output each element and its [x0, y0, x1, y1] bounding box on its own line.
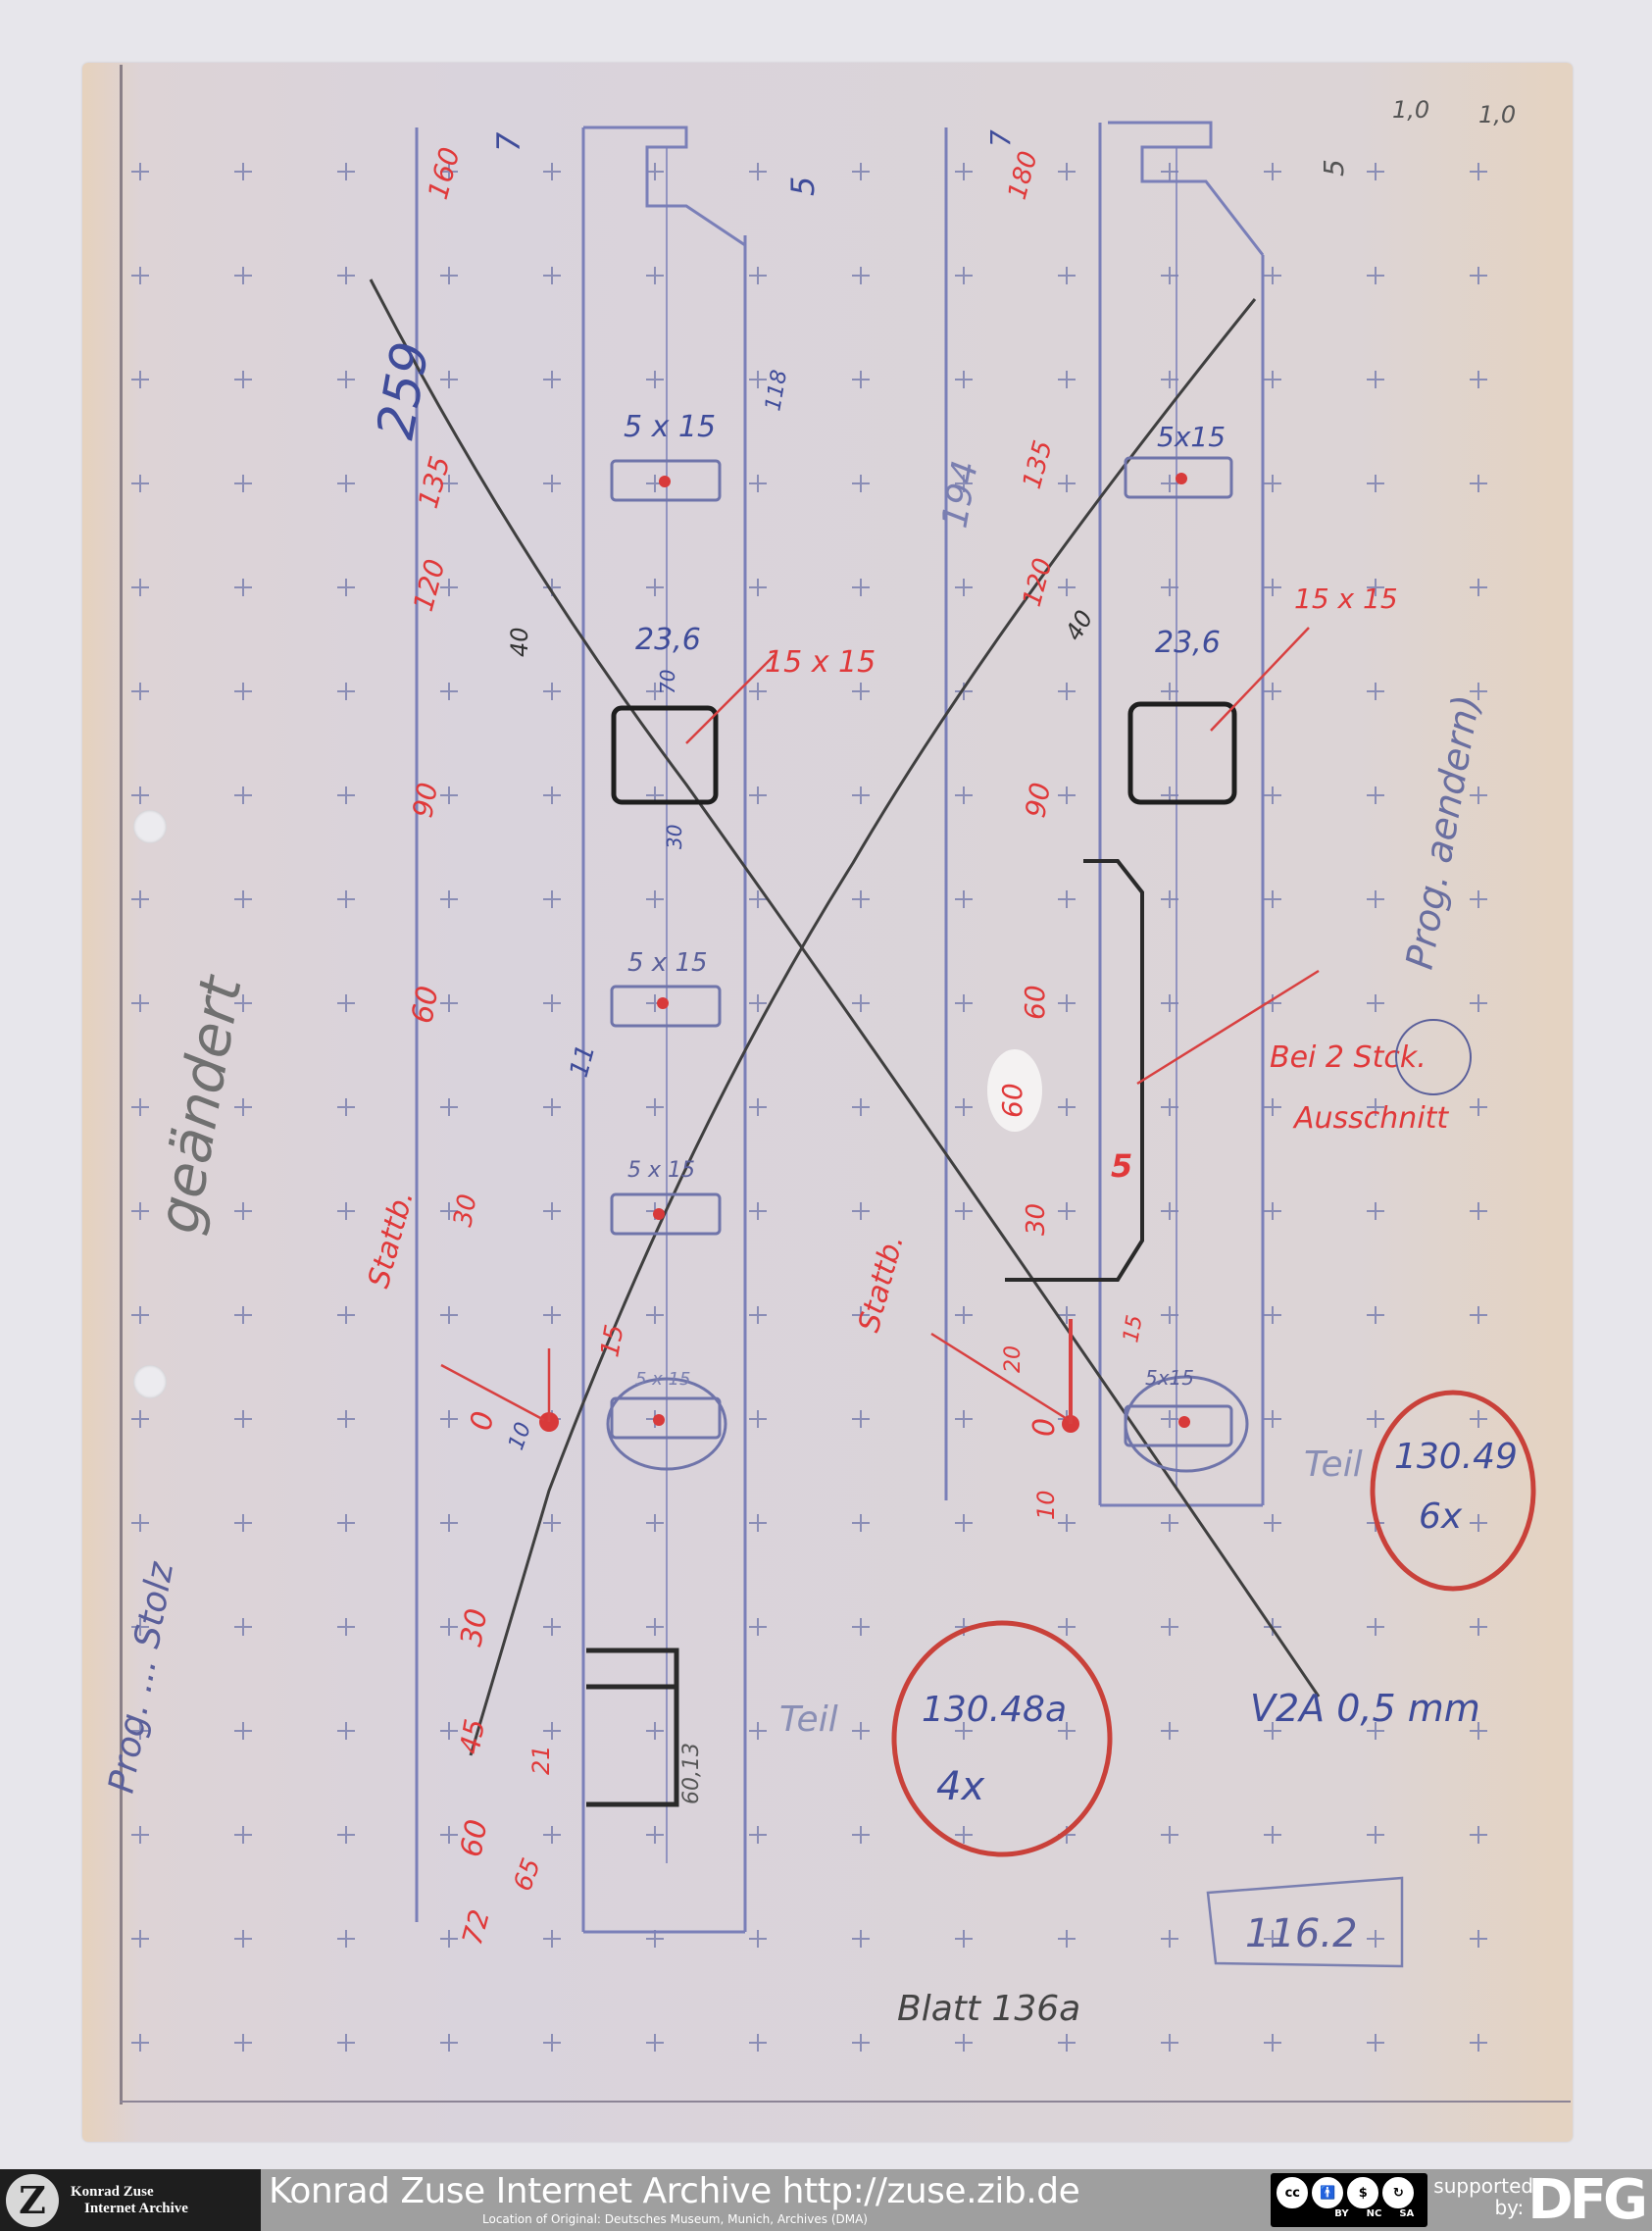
svg-text:15 x 15: 15 x 15 — [1294, 583, 1398, 615]
footer-title-area: Konrad Zuse Internet Archive http://zuse… — [261, 2169, 1265, 2231]
svg-text:5 x 15: 5 x 15 — [627, 948, 708, 978]
svg-text:Teil: Teil — [1304, 1445, 1363, 1485]
svg-text:60: 60 — [996, 1083, 1028, 1118]
svg-text:Stattb.: Stattb. — [852, 1231, 911, 1336]
svg-text:5 x 15: 5 x 15 — [635, 1369, 690, 1390]
svg-text:45: 45 — [453, 1716, 491, 1756]
svg-text:23,6: 23,6 — [635, 623, 701, 657]
part-b-circle — [1373, 1393, 1533, 1589]
svg-text:geändert: geändert — [144, 970, 255, 1239]
archive-footer: Z Konrad Zuse Internet Archive Konrad Zu… — [0, 2169, 1652, 2231]
svg-text:23,6: 23,6 — [1155, 626, 1221, 660]
svg-text:5x15: 5x15 — [1145, 1366, 1194, 1390]
svg-text:Ausschnitt: Ausschnitt — [1292, 1101, 1449, 1136]
svg-text:15: 15 — [595, 1322, 629, 1359]
svg-text:20: 20 — [1001, 1345, 1026, 1373]
svg-text:Bei 2 Stck.: Bei 2 Stck. — [1270, 1040, 1427, 1075]
svg-text:259: 259 — [367, 337, 441, 443]
z-logo-icon: Z — [6, 2174, 59, 2227]
svg-text:40: 40 — [506, 627, 533, 657]
svg-text:194: 194 — [934, 458, 985, 532]
part-a-circle — [894, 1623, 1110, 1854]
svg-text:30: 30 — [1022, 1203, 1051, 1236]
svg-text:120: 120 — [407, 556, 452, 615]
cc-icon: cc — [1277, 2177, 1308, 2208]
dfg-logo[interactable]: DFG — [1527, 2169, 1652, 2231]
svg-text:1,0: 1,0 — [1478, 101, 1516, 128]
svg-text:10: 10 — [1032, 1490, 1060, 1520]
svg-text:10: 10 — [504, 1419, 536, 1453]
svg-text:40: 40 — [1060, 606, 1099, 645]
svg-text:30: 30 — [448, 1192, 482, 1229]
svg-text:60,13: 60,13 — [679, 1743, 704, 1804]
svg-text:15 x 15: 15 x 15 — [765, 645, 876, 680]
svg-text:5 x 15: 5 x 15 — [624, 410, 716, 444]
svg-text:130.48a: 130.48a — [922, 1690, 1067, 1730]
svg-text:0: 0 — [464, 1409, 501, 1434]
svg-text:90: 90 — [406, 780, 444, 820]
svg-text:7: 7 — [490, 131, 527, 152]
cc-license-badge[interactable]: cc 🚹 $ ↻ BY NC SA — [1271, 2173, 1427, 2227]
svg-text:5x15: 5x15 — [1157, 421, 1226, 453]
supported-by-text: supported by: — [1433, 2169, 1527, 2231]
svg-text:21: 21 — [527, 1745, 555, 1775]
svg-text:135: 135 — [412, 453, 457, 512]
svg-text:15: 15 — [1119, 1313, 1147, 1344]
svg-text:5 x 15: 5 x 15 — [627, 1158, 695, 1183]
part-outlines — [417, 123, 1263, 1932]
nc-dollar-icon: $ — [1347, 2177, 1378, 2208]
svg-text:60: 60 — [454, 1817, 494, 1860]
zuse-archive-logo[interactable]: Z Konrad Zuse Internet Archive — [0, 2169, 261, 2231]
technical-drawing: 1,0 1,0 160 259 135 120 90 60 30 0 30 45… — [0, 0, 1652, 2169]
svg-text:160: 160 — [422, 144, 467, 203]
svg-text:Teil: Teil — [779, 1699, 838, 1740]
svg-text:5: 5 — [784, 177, 822, 196]
annotations: 1,0 1,0 160 259 135 120 90 60 30 0 30 45… — [101, 96, 1517, 2029]
sa-share-alike-icon: ↻ — [1382, 2177, 1414, 2208]
svg-text:120: 120 — [1018, 555, 1059, 610]
svg-text:30: 30 — [663, 825, 686, 849]
svg-text:30: 30 — [454, 1606, 494, 1649]
svg-text:60: 60 — [1019, 985, 1051, 1020]
square-holes — [614, 704, 1234, 802]
svg-text:5: 5 — [1318, 159, 1350, 177]
svg-text:72: 72 — [456, 1906, 496, 1949]
svg-text:0: 0 — [1027, 1418, 1062, 1437]
svg-text:Prog. aendern): Prog. aendern) — [1398, 691, 1488, 972]
svg-text:7: 7 — [984, 129, 1017, 147]
svg-text:90: 90 — [1019, 780, 1057, 820]
svg-text:4x: 4x — [936, 1764, 984, 1809]
svg-text:180: 180 — [1003, 148, 1044, 203]
svg-text:Prog. ... Stolz: Prog. ... Stolz — [101, 1558, 181, 1797]
svg-text:130.49: 130.49 — [1394, 1437, 1518, 1477]
svg-text:Blatt 136a: Blatt 136a — [897, 1989, 1080, 2029]
svg-text:135: 135 — [1018, 437, 1059, 492]
svg-text:60: 60 — [405, 984, 445, 1027]
svg-text:6x: 6x — [1419, 1496, 1463, 1537]
svg-text:1,0: 1,0 — [1392, 96, 1429, 124]
svg-text:11: 11 — [565, 1041, 602, 1081]
svg-text:V2A 0,5 mm: V2A 0,5 mm — [1250, 1687, 1480, 1730]
grid-crosses — [131, 163, 1487, 2052]
archive-title-link[interactable]: Konrad Zuse Internet Archive http://zuse… — [269, 2171, 1079, 2212]
by-person-icon: 🚹 — [1312, 2177, 1343, 2208]
svg-text:Stattb.: Stattb. — [362, 1187, 421, 1292]
svg-text:118: 118 — [761, 368, 792, 413]
logo-text: Konrad Zuse Internet Archive — [71, 2184, 188, 2217]
svg-text:65: 65 — [508, 1854, 547, 1895]
end-profile — [586, 1650, 676, 1804]
svg-text:116.2: 116.2 — [1245, 1911, 1358, 1956]
original-location: Location of Original: Deutsches Museum, … — [482, 2212, 868, 2226]
svg-text:70: 70 — [656, 670, 679, 694]
svg-text:5: 5 — [1111, 1147, 1132, 1185]
